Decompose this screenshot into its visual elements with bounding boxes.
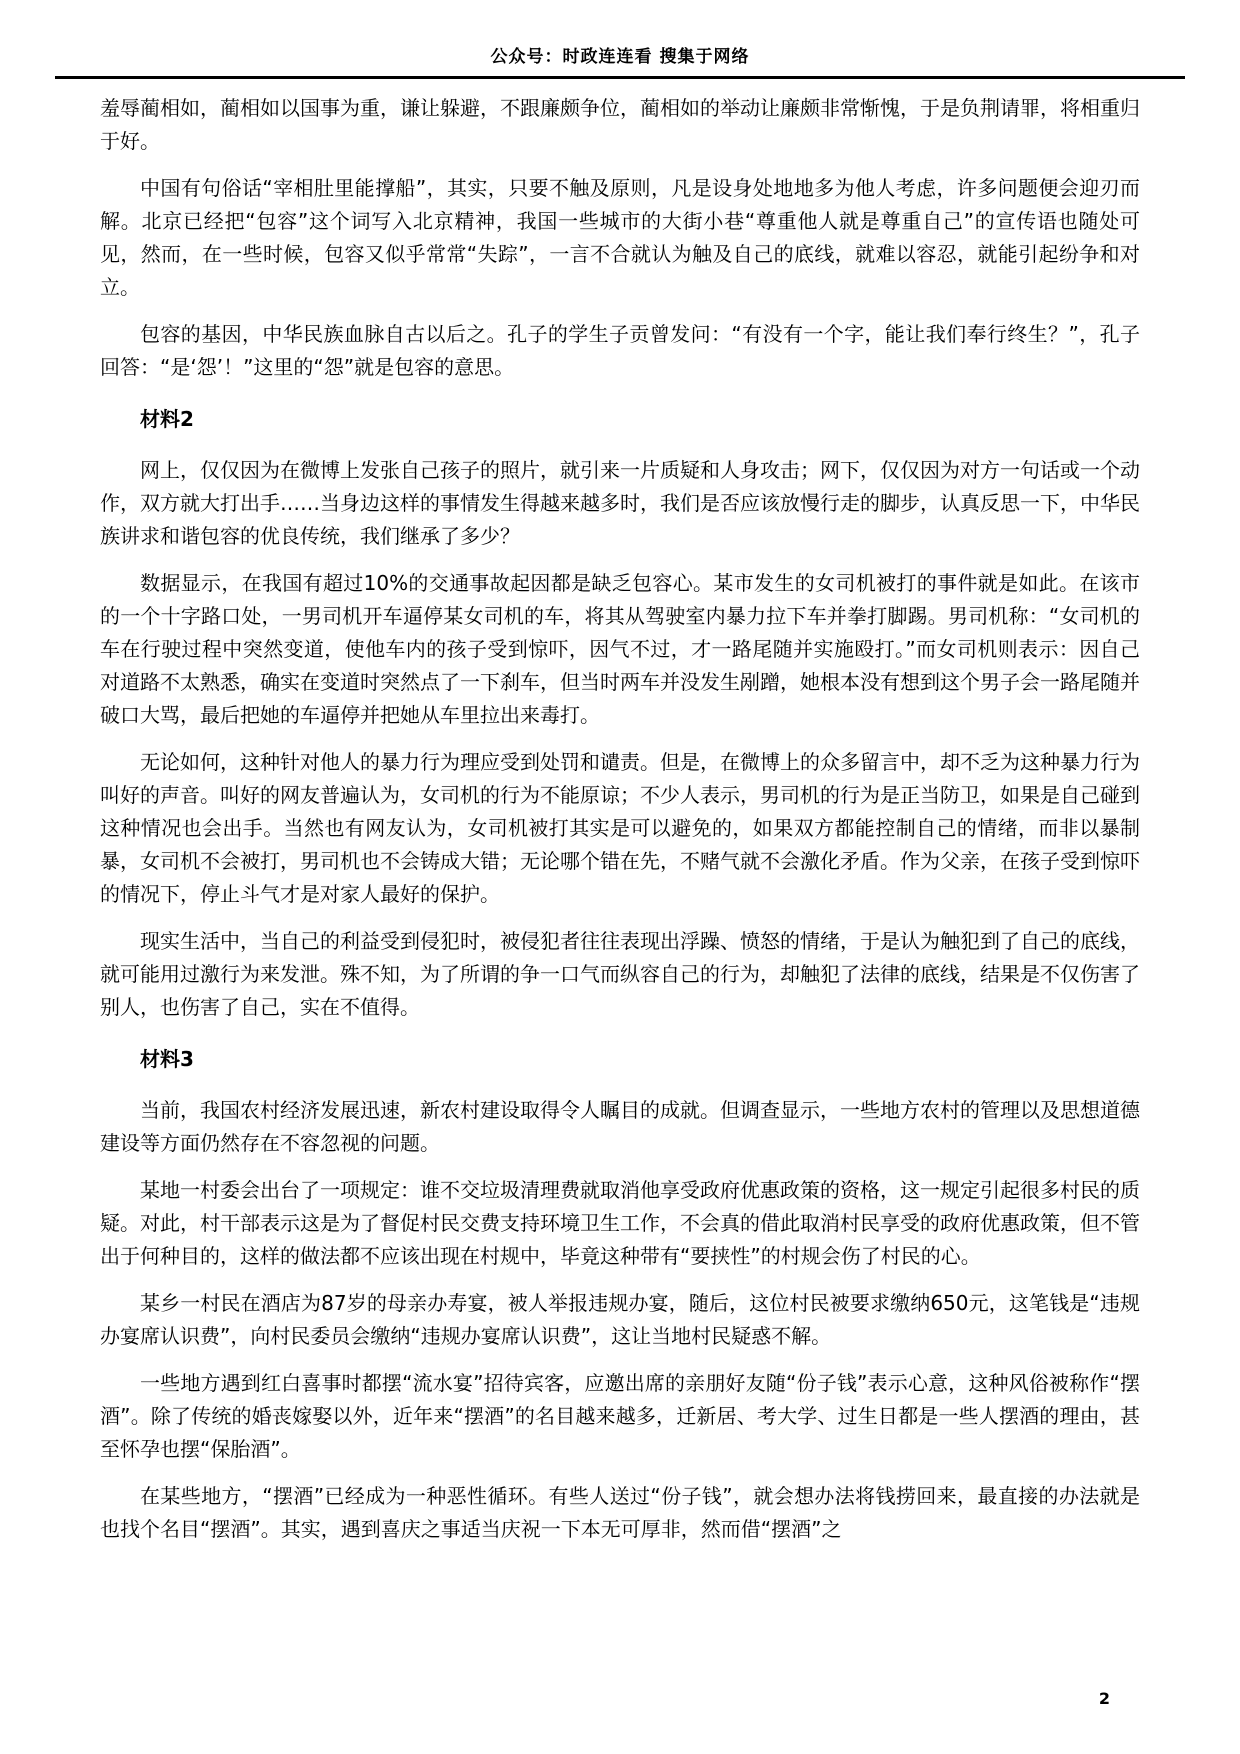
body-paragraph: 一些地方遇到红白喜事时都摆“流水宴”招待宾客，应邀出席的亲朋好友随“份子钱”表示… xyxy=(100,1367,1140,1466)
body-paragraph: 羞辱蔺相如，蔺相如以国事为重，谦让躲避，不跟廉颇争位，蔺相如的举动让廉颇非常惭愧… xyxy=(100,92,1140,158)
body-paragraph: 某地一村委会出台了一项规定：谁不交垃圾清理费就取消他享受政府优惠政策的资格，这一… xyxy=(100,1174,1140,1273)
body-paragraph: 无论如何，这种针对他人的暴力行为理应受到处罚和谴责。但是，在微博上的众多留言中，… xyxy=(100,746,1140,911)
material-heading: 材料3 xyxy=(100,1043,1140,1076)
body-paragraph: 某乡一村民在酒店为87岁的母亲办寿宴，被人举报违规办宴，随后，这位村民被要求缴纳… xyxy=(100,1287,1140,1353)
document-body: 羞辱蔺相如，蔺相如以国事为重，谦让躲避，不跟廉颇争位，蔺相如的举动让廉颇非常惭愧… xyxy=(0,79,1240,1546)
body-paragraph: 网上，仅仅因为在微博上发张自己孩子的照片，就引来一片质疑和人身攻击；网下，仅仅因… xyxy=(100,454,1140,553)
body-paragraph: 当前，我国农村经济发展迅速，新农村建设取得令人瞩目的成就。但调查显示，一些地方农… xyxy=(100,1094,1140,1160)
body-paragraph: 包容的基因，中华民族血脉自古以后之。孔子的学生子贡曾发问：“有没有一个字，能让我… xyxy=(100,318,1140,384)
header-title: 公众号：时政连连看 搜集于网络 xyxy=(0,42,1240,67)
body-paragraph: 中国有句俗话“宰相肚里能撑船”，其实，只要不触及原则，凡是设身处地地多为他人考虑… xyxy=(100,172,1140,304)
document-page: 公众号：时政连连看 搜集于网络 羞辱蔺相如，蔺相如以国事为重，谦让躲避，不跟廉颇… xyxy=(0,0,1240,1754)
body-paragraph: 数据显示，在我国有超过10%的交通事故起因都是缺乏包容心。某市发生的女司机被打的… xyxy=(100,567,1140,732)
page-header: 公众号：时政连连看 搜集于网络 xyxy=(0,0,1240,79)
page-number: 2 xyxy=(1099,1689,1110,1708)
material-heading: 材料2 xyxy=(100,403,1140,436)
body-paragraph: 现实生活中，当自己的利益受到侵犯时，被侵犯者往往表现出浮躁、愤怒的情绪，于是认为… xyxy=(100,925,1140,1024)
body-paragraph: 在某些地方，“摆酒”已经成为一种恶性循环。有些人送过“份子钱”，就会想办法将钱捞… xyxy=(100,1480,1140,1546)
